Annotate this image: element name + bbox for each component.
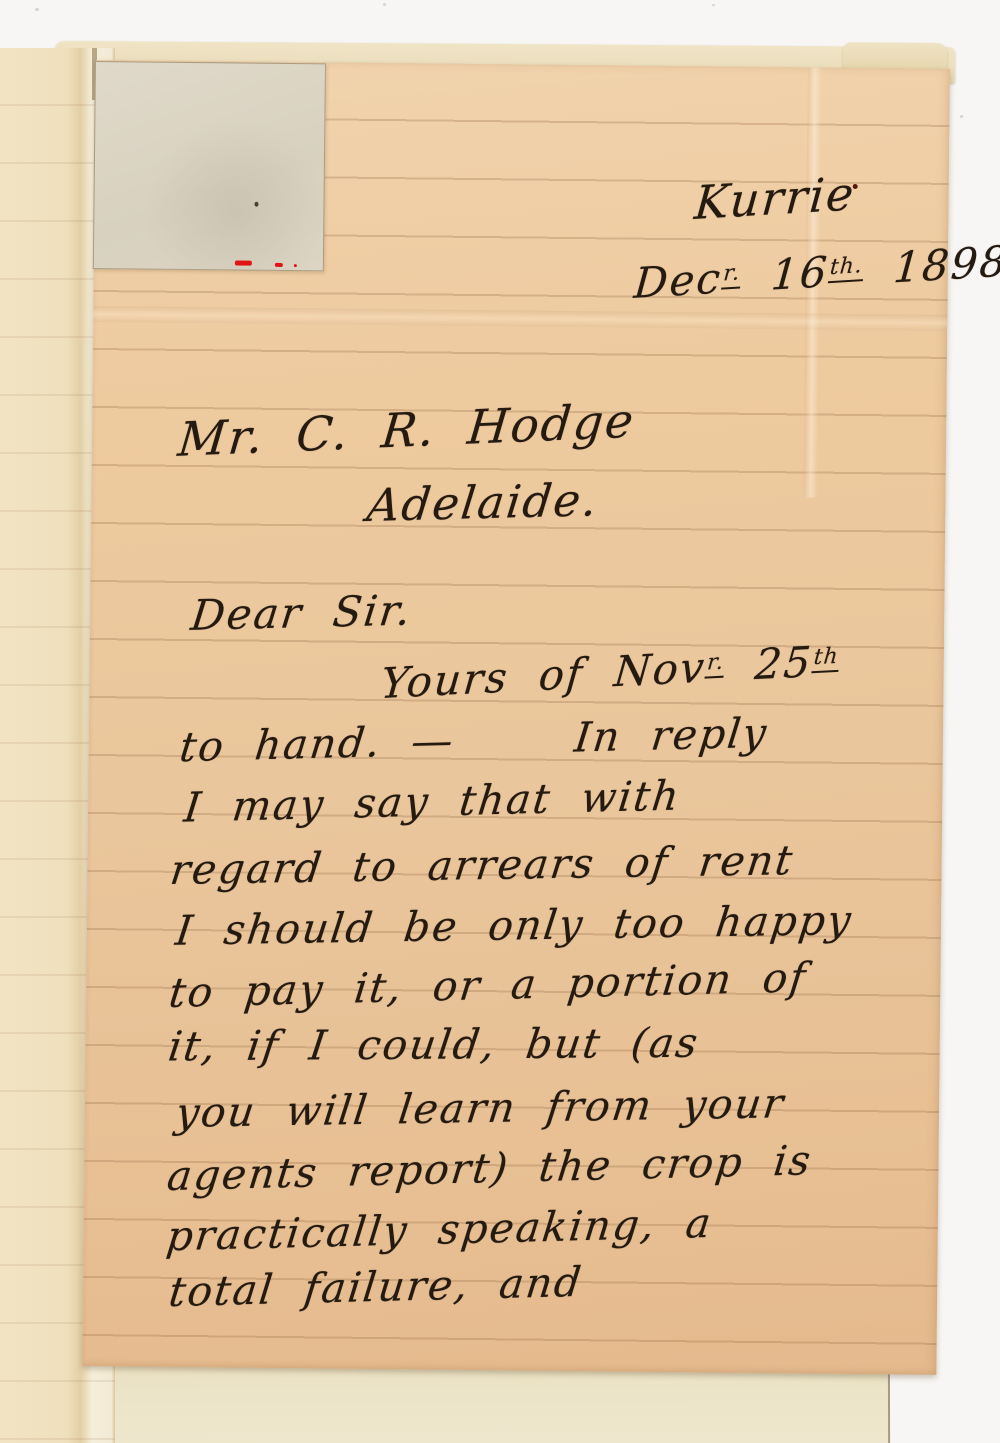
scanned-letter-document: Kurrie Decr. 16th. 1898 Mr. C. R. Hodge … bbox=[0, 0, 1000, 1443]
opening-day: 25 bbox=[723, 637, 815, 691]
red-print-fragment bbox=[275, 263, 283, 267]
recipient-city: Adelaide. bbox=[364, 473, 601, 532]
dust-speck bbox=[383, 3, 386, 6]
label-ink-speck bbox=[254, 202, 258, 207]
date-day: 16 bbox=[739, 247, 831, 302]
date-day-superscript: th. bbox=[828, 253, 865, 283]
opening-day-superscript: th bbox=[811, 644, 840, 674]
body-line: regard to arrears of rent bbox=[168, 836, 797, 894]
letter-page: Kurrie Decr. 16th. 1898 Mr. C. R. Hodge … bbox=[82, 60, 950, 1375]
pasted-label bbox=[93, 61, 326, 271]
red-print-fragment bbox=[294, 264, 297, 267]
salutation: Dear Sir. bbox=[188, 585, 415, 640]
dust-speck bbox=[35, 8, 39, 11]
date-year: 1898 bbox=[861, 236, 1000, 294]
dust-speck bbox=[712, 4, 715, 6]
body-line: total failure, and bbox=[166, 1258, 585, 1316]
body-line: you will learn from your bbox=[173, 1079, 788, 1137]
date-month: Dec bbox=[632, 253, 724, 308]
dust-speck bbox=[960, 115, 963, 118]
red-print-fragment bbox=[235, 260, 252, 265]
date-month-superscript: r. bbox=[721, 260, 742, 289]
letter-place: Kurrie bbox=[693, 166, 858, 230]
body-line: it, if I could, but (as bbox=[166, 1019, 703, 1071]
